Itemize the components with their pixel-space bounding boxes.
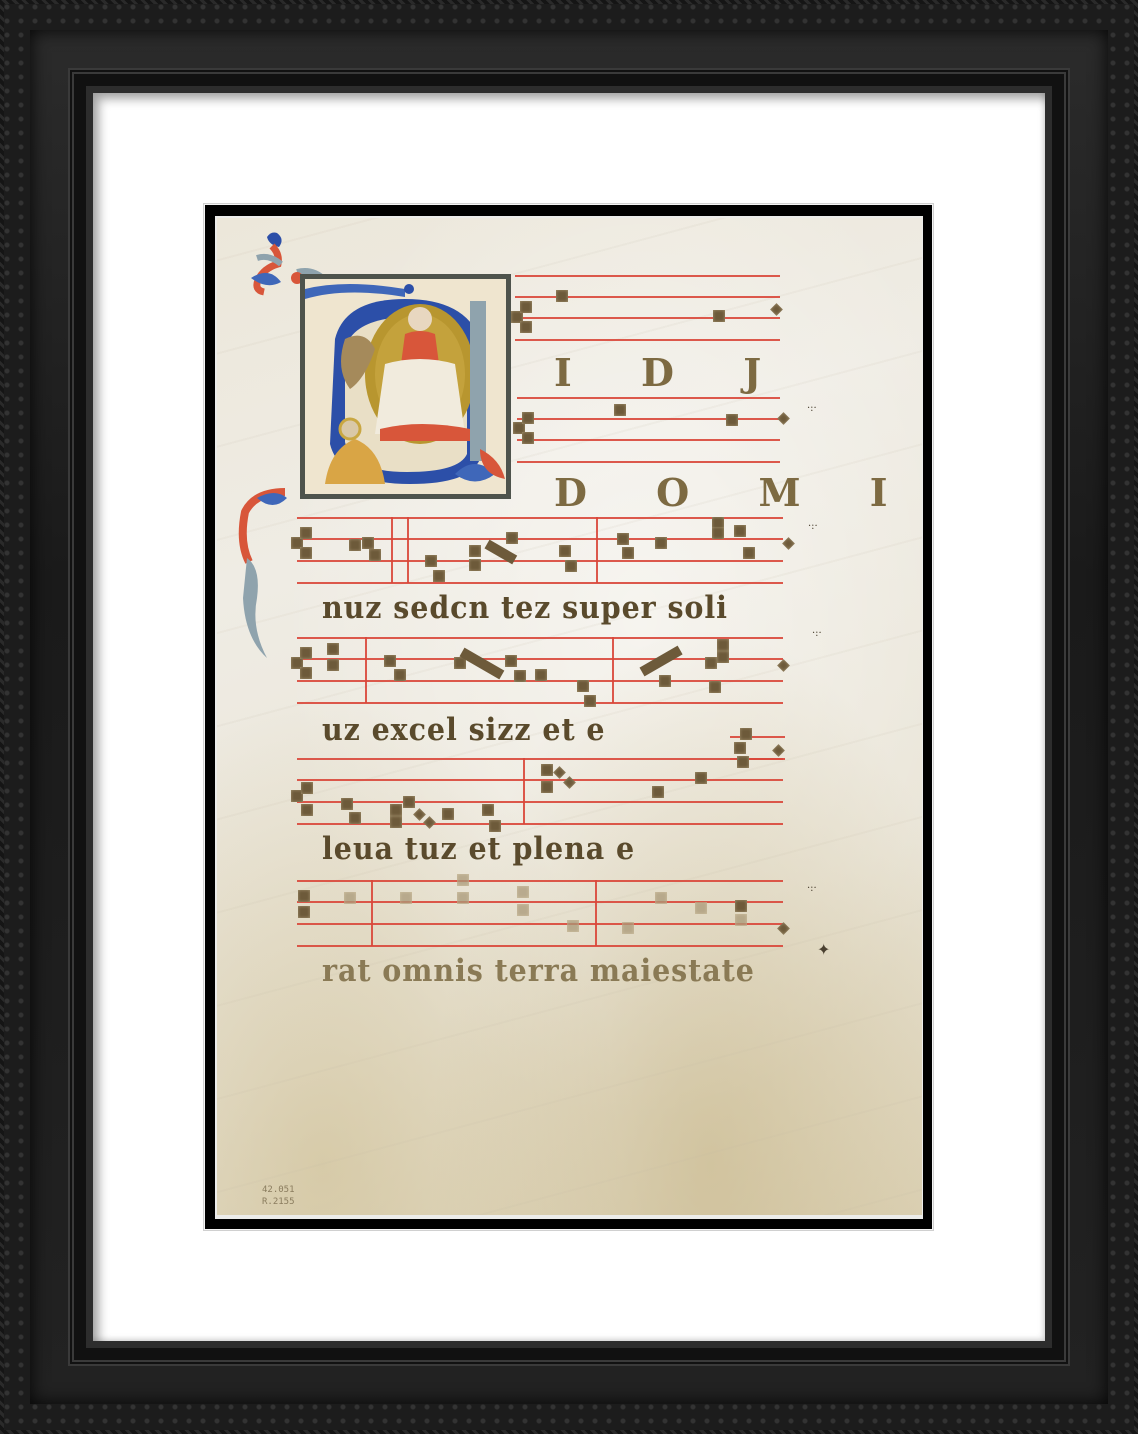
pricking-mark: ·:· bbox=[808, 521, 818, 532]
acanthus-flourish-left-icon bbox=[237, 488, 297, 668]
note bbox=[713, 310, 725, 322]
initial-illumination-icon bbox=[305, 279, 506, 494]
music-staff-4b-fragment bbox=[730, 736, 785, 758]
stain-mark: ✦ bbox=[817, 940, 830, 959]
note bbox=[556, 290, 568, 302]
lyric-line-2: uz excel sizz et e bbox=[322, 712, 605, 748]
custos bbox=[770, 303, 783, 316]
pricking-mark: ·:· bbox=[807, 883, 817, 894]
note bbox=[522, 432, 534, 444]
note bbox=[614, 404, 626, 416]
inventory-number: 42.051 R.2155 bbox=[262, 1184, 295, 1208]
lyric-line-4: rat omnis terra maiestate bbox=[322, 953, 755, 989]
lyric-line-3: leua tuz et plena e bbox=[322, 831, 635, 867]
music-staff-1 bbox=[515, 275, 780, 341]
lyric-line-1: nuz sedcn tez super soli bbox=[322, 590, 728, 626]
decorated-heading-1: I D J bbox=[554, 350, 789, 395]
music-staff-3 bbox=[297, 517, 783, 583]
custos bbox=[777, 412, 790, 425]
note bbox=[726, 414, 738, 426]
historiated-initial bbox=[300, 274, 511, 499]
decorated-heading-2: D O M I bbox=[554, 470, 916, 515]
music-staff-6 bbox=[297, 880, 783, 946]
pricking-mark: ·:· bbox=[807, 403, 817, 414]
manuscript-leaf: I D J D O M I bbox=[217, 218, 922, 1215]
music-staff-4 bbox=[297, 637, 783, 703]
pricking-mark: ·:· bbox=[812, 628, 822, 639]
music-staff-2 bbox=[517, 397, 780, 463]
music-staff-5 bbox=[297, 758, 783, 824]
note bbox=[520, 301, 532, 313]
note bbox=[522, 412, 534, 424]
note bbox=[520, 321, 532, 333]
